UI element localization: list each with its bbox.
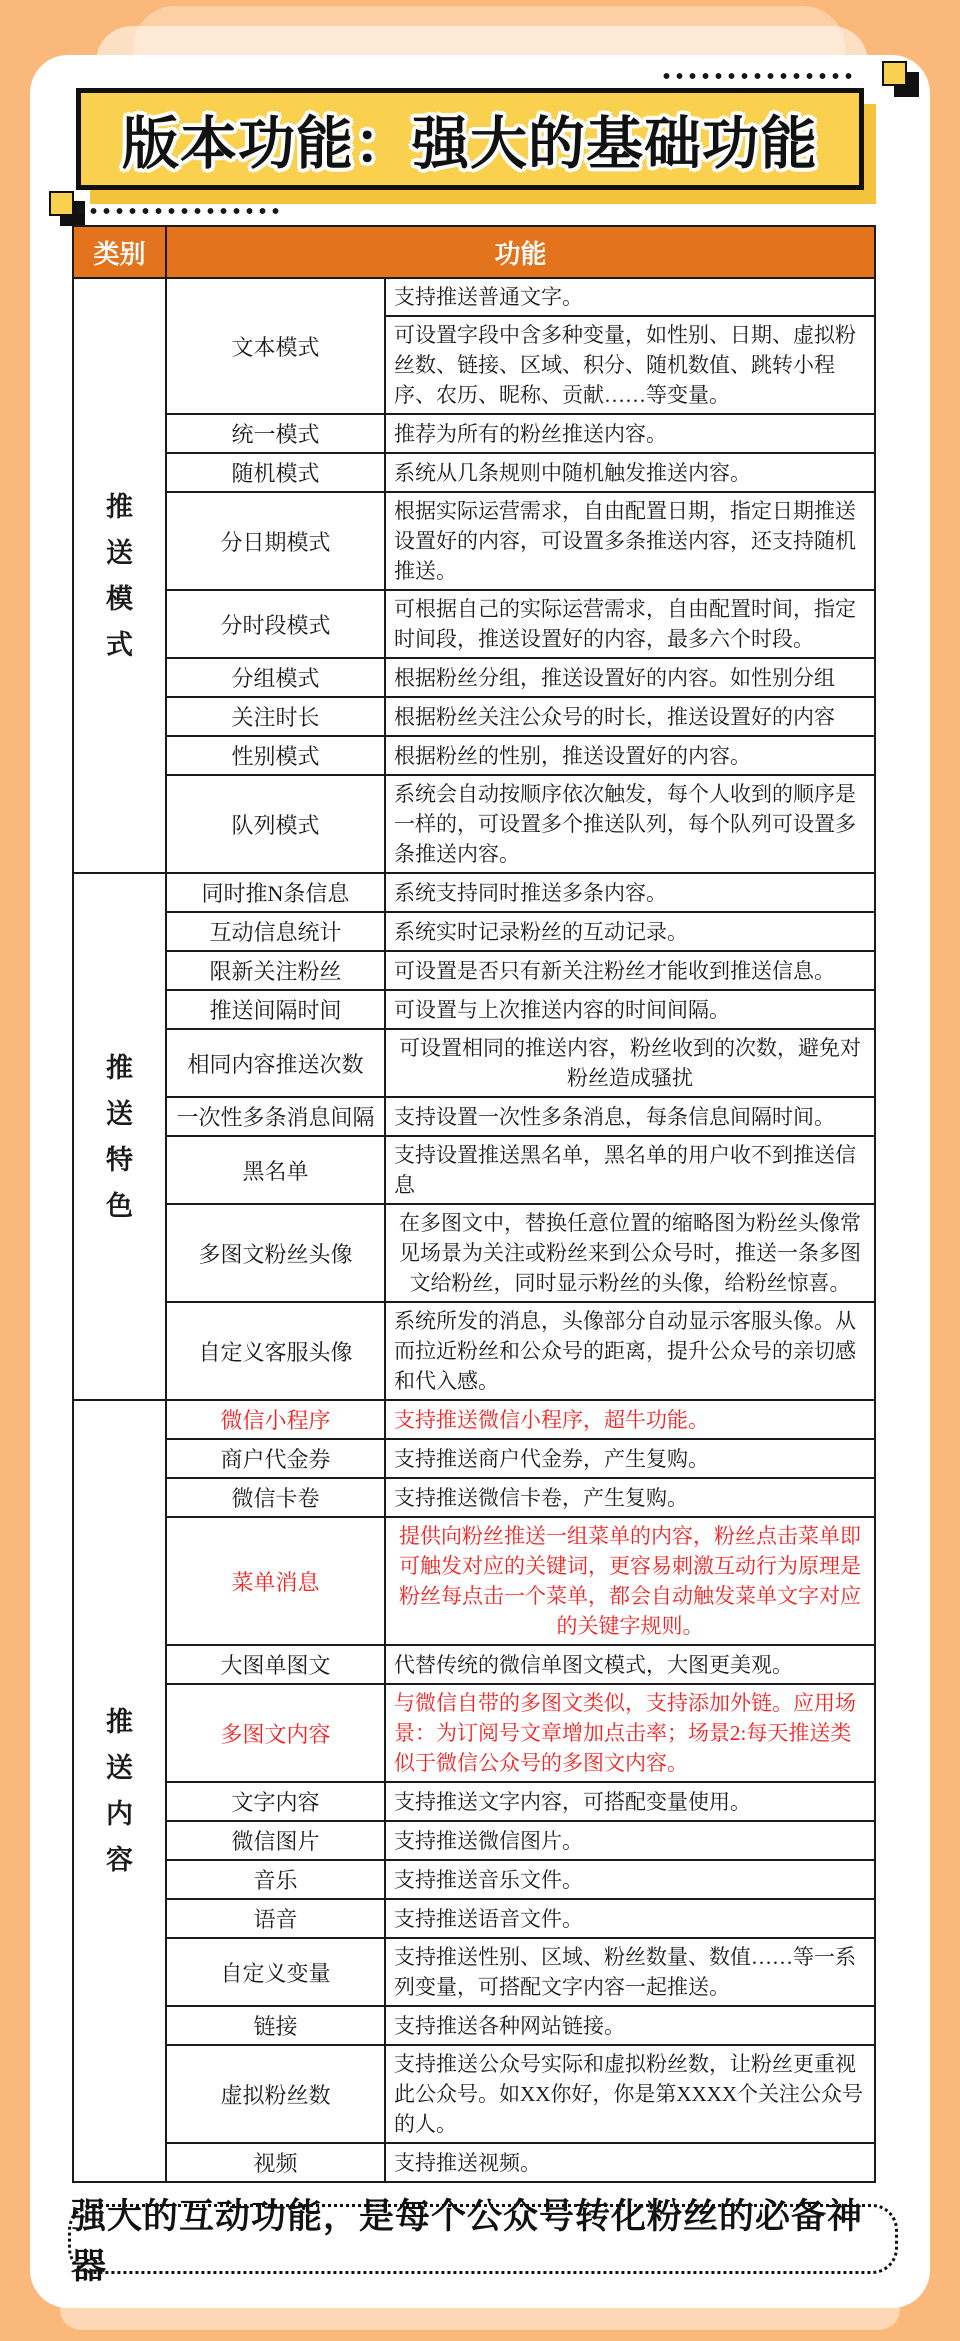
feature-description-cell: 可设置与上次推送内容的时间间隔。 [385,990,875,1029]
feature-name-cell: 多图文粉丝头像 [166,1204,385,1302]
feature-name-cell: 同时推N条信息 [166,873,385,912]
feature-description-cell: 根据粉丝关注公众号的时长，推送设置好的内容 [385,697,875,736]
page-background: 版本功能：强大的基础功能 类别 功能 推送模式文本模式支持推送普通文字。可设置字… [0,0,960,2341]
table-row: 推送模式文本模式支持推送普通文字。 [73,278,875,316]
category-label: 推送模式 [106,484,134,668]
table-row: 大图单图文代替传统的微信单图文模式，大图更美观。 [73,1645,875,1684]
dotted-line-bottom-icon [74,207,280,215]
feature-description-cell: 根据实际运营需求，自由配置日期，指定日期推送设置好的内容，可设置多条推送内容，还… [385,492,875,590]
table-row: 随机模式系统从几条规则中随机触发推送内容。 [73,453,875,492]
feature-description-cell: 可根据自己的实际运营需求，自由配置时间，指定时间段，推送设置好的内容，最多六个时… [385,590,875,658]
dotted-line-top-icon [660,72,856,80]
feature-name-cell: 性别模式 [166,736,385,775]
table-row: 多图文粉丝头像在多图文中，替换任意位置的缩略图为粉丝头像常见场景为关注或粉丝来到… [73,1204,875,1302]
table-row: 限新关注粉丝可设置是否只有新关注粉丝才能收到推送信息。 [73,951,875,990]
table-row: 一次性多条消息间隔支持设置一次性多条消息，每条信息间隔时间。 [73,1097,875,1136]
table-row: 队列模式系统会自动按顺序依次触发，每个人收到的顺序是一样的，可设置多个推送队列，… [73,775,875,873]
feature-name-cell: 互动信息统计 [166,912,385,951]
table-row: 分时段模式可根据自己的实际运营需求，自由配置时间，指定时间段，推送设置好的内容，… [73,590,875,658]
feature-name-cell: 分组模式 [166,658,385,697]
table-row: 多图文内容与微信自带的多图文类似，支持添加外链。应用场景：为订阅号文章增加点击率… [73,1684,875,1782]
feature-description-cell: 支持推送微信图片。 [385,1821,875,1860]
feature-description-cell: 可设置是否只有新关注粉丝才能收到推送信息。 [385,951,875,990]
table-row: 分组模式根据粉丝分组，推送设置好的内容。如性别分组 [73,658,875,697]
feature-name-cell: 商户代金券 [166,1439,385,1478]
category-label: 推送内容 [106,1699,134,1883]
features-table: 类别 功能 推送模式文本模式支持推送普通文字。可设置字段中含多种变量，如性别、日… [72,225,876,2183]
table-row: 文字内容支持推送文字内容，可搭配变量使用。 [73,1782,875,1821]
corner-square-yellow-bottom-icon [49,191,74,216]
table-row: 分日期模式根据实际运营需求，自由配置日期，指定日期推送设置好的内容，可设置多条推… [73,492,875,590]
feature-name-cell: 微信卡卷 [166,1478,385,1517]
table-row: 互动信息统计系统实时记录粉丝的互动记录。 [73,912,875,951]
page-title-box: 版本功能：强大的基础功能 [76,88,864,190]
feature-name-cell: 自定义客服头像 [166,1302,385,1400]
feature-description-cell: 支持推送各种网站链接。 [385,2006,875,2045]
feature-name-cell: 相同内容推送次数 [166,1029,385,1097]
feature-description-cell: 系统实时记录粉丝的互动记录。 [385,912,875,951]
feature-name-cell: 多图文内容 [166,1684,385,1782]
footer-text: 强大的互动功能，是每个公众号转化粉丝的必备神器 [71,2189,895,2289]
feature-description-cell: 支持推送商户代金券，产生复购。 [385,1439,875,1478]
table-row: 自定义变量支持推送性别、区域、粉丝数量、数值……等一系列变量，可搭配文字内容一起… [73,1938,875,2006]
table-row: 黑名单支持设置推送黑名单，黑名单的用户收不到推送信息 [73,1136,875,1204]
feature-name-cell: 链接 [166,2006,385,2045]
feature-description-cell: 代替传统的微信单图文模式，大图更美观。 [385,1645,875,1684]
feature-name-cell: 分时段模式 [166,590,385,658]
feature-name-cell: 菜单消息 [166,1517,385,1645]
footer-banner: 强大的互动功能，是每个公众号转化粉丝的必备神器 [68,2204,898,2274]
feature-name-cell: 分日期模式 [166,492,385,590]
feature-description-cell: 支持推送视频。 [385,2143,875,2182]
table-row: 语音支持推送语音文件。 [73,1899,875,1938]
table-row: 音乐支持推送音乐文件。 [73,1860,875,1899]
feature-description-cell: 支持推送微信卡卷，产生复购。 [385,1478,875,1517]
page-title: 版本功能：强大的基础功能 [122,98,818,180]
feature-name-cell: 推送间隔时间 [166,990,385,1029]
feature-description-cell: 支持推送语音文件。 [385,1899,875,1938]
table-row: 虚拟粉丝数支持推送公众号实际和虚拟粉丝数，让粉丝更重视此公众号。如XX你好，你是… [73,2045,875,2143]
feature-description-cell: 可设置字段中含多种变量，如性别、日期、虚拟粉丝数、链接、区域、积分、随机数值、跳… [385,316,875,414]
feature-description-cell: 支持推送微信小程序，超牛功能。 [385,1400,875,1439]
feature-name-cell: 文本模式 [166,278,385,414]
feature-name-cell: 视频 [166,2143,385,2182]
feature-name-cell: 队列模式 [166,775,385,873]
feature-description-cell: 系统所发的消息，头像部分自动显示客服头像。从而拉近粉丝和公众号的距离，提升公众号… [385,1302,875,1400]
feature-name-cell: 虚拟粉丝数 [166,2045,385,2143]
feature-description-cell: 支持推送公众号实际和虚拟粉丝数，让粉丝更重视此公众号。如XX你好，你是第XXXX… [385,2045,875,2143]
feature-name-cell: 统一模式 [166,414,385,453]
feature-description-cell: 支持设置推送黑名单，黑名单的用户收不到推送信息 [385,1136,875,1204]
table-row: 菜单消息提供向粉丝推送一组菜单的内容，粉丝点击菜单即可触发对应的关键词，更容易刺… [73,1517,875,1645]
column-header-feature: 功能 [166,226,875,278]
corner-square-yellow-top-icon [882,61,907,86]
category-cell: 推送内容 [73,1400,166,2182]
category-label: 推送特色 [106,1045,134,1229]
feature-description-cell: 根据粉丝分组，推送设置好的内容。如性别分组 [385,658,875,697]
feature-description-cell: 根据粉丝的性别，推送设置好的内容。 [385,736,875,775]
table-row: 推送间隔时间可设置与上次推送内容的时间间隔。 [73,990,875,1029]
category-cell: 推送特色 [73,873,166,1400]
feature-description-cell: 系统支持同时推送多条内容。 [385,873,875,912]
table-row: 商户代金券支持推送商户代金券，产生复购。 [73,1439,875,1478]
table-row: 关注时长根据粉丝关注公众号的时长，推送设置好的内容 [73,697,875,736]
feature-name-cell: 关注时长 [166,697,385,736]
feature-name-cell: 语音 [166,1899,385,1938]
feature-description-cell: 支持推送音乐文件。 [385,1860,875,1899]
feature-description-cell: 支持推送性别、区域、粉丝数量、数值……等一系列变量，可搭配文字内容一起推送。 [385,1938,875,2006]
feature-name-cell: 限新关注粉丝 [166,951,385,990]
feature-name-cell: 自定义变量 [166,1938,385,2006]
table-row: 链接支持推送各种网站链接。 [73,2006,875,2045]
table-row: 性别模式根据粉丝的性别，推送设置好的内容。 [73,736,875,775]
table-row: 微信图片支持推送微信图片。 [73,1821,875,1860]
feature-name-cell: 大图单图文 [166,1645,385,1684]
feature-description-cell: 系统会自动按顺序依次触发，每个人收到的顺序是一样的，可设置多个推送队列，每个队列… [385,775,875,873]
table-row: 统一模式推荐为所有的粉丝推送内容。 [73,414,875,453]
feature-name-cell: 微信小程序 [166,1400,385,1439]
feature-name-cell: 文字内容 [166,1782,385,1821]
feature-description-cell: 提供向粉丝推送一组菜单的内容，粉丝点击菜单即可触发对应的关键词，更容易刺激互动行… [385,1517,875,1645]
feature-description-cell: 系统从几条规则中随机触发推送内容。 [385,453,875,492]
table-header-row: 类别 功能 [73,226,875,278]
feature-name-cell: 微信图片 [166,1821,385,1860]
feature-description-cell: 支持设置一次性多条消息，每条信息间隔时间。 [385,1097,875,1136]
table-row: 微信卡卷支持推送微信卡卷，产生复购。 [73,1478,875,1517]
column-header-category: 类别 [73,226,166,278]
feature-description-cell: 在多图文中，替换任意位置的缩略图为粉丝头像常见场景为关注或粉丝来到公众号时，推送… [385,1204,875,1302]
feature-description-cell: 支持推送文字内容，可搭配变量使用。 [385,1782,875,1821]
table-row: 视频支持推送视频。 [73,2143,875,2182]
feature-description-cell: 推荐为所有的粉丝推送内容。 [385,414,875,453]
feature-name-cell: 随机模式 [166,453,385,492]
feature-name-cell: 一次性多条消息间隔 [166,1097,385,1136]
table-row: 推送特色同时推N条信息系统支持同时推送多条内容。 [73,873,875,912]
content-card: 版本功能：强大的基础功能 类别 功能 推送模式文本模式支持推送普通文字。可设置字… [30,55,930,2308]
feature-name-cell: 黑名单 [166,1136,385,1204]
feature-description-cell: 可设置相同的推送内容，粉丝收到的次数，避免对粉丝造成骚扰 [385,1029,875,1097]
feature-description-cell: 支持推送普通文字。 [385,278,875,316]
table-row: 自定义客服头像系统所发的消息，头像部分自动显示客服头像。从而拉近粉丝和公众号的距… [73,1302,875,1400]
table-row: 推送内容微信小程序支持推送微信小程序，超牛功能。 [73,1400,875,1439]
feature-description-cell: 与微信自带的多图文类似，支持添加外链。应用场景：为订阅号文章增加点击率；场景2:… [385,1684,875,1782]
table-row: 相同内容推送次数可设置相同的推送内容，粉丝收到的次数，避免对粉丝造成骚扰 [73,1029,875,1097]
feature-name-cell: 音乐 [166,1860,385,1899]
category-cell: 推送模式 [73,278,166,873]
